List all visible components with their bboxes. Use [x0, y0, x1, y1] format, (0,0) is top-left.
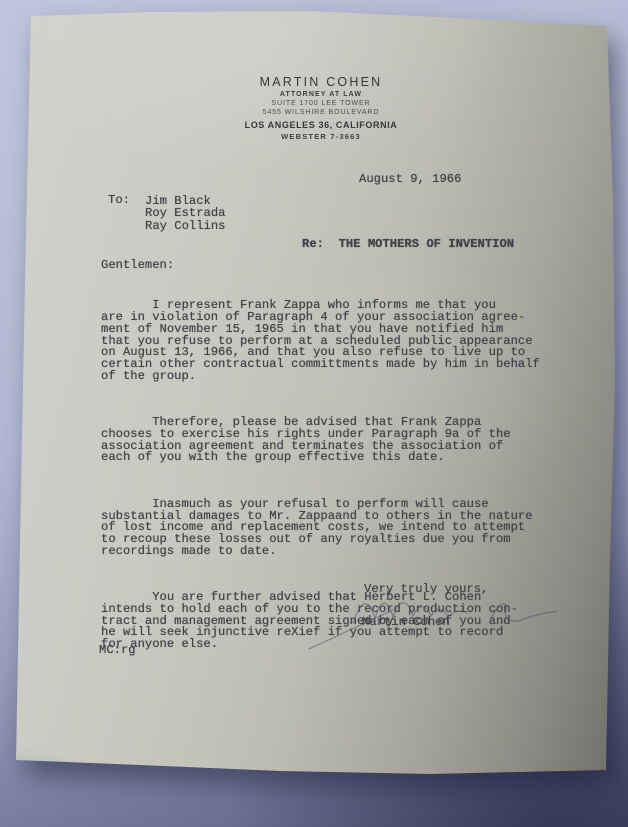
typist-initials: MC:rg — [99, 645, 136, 657]
signer-name: Martin Cohen — [362, 617, 450, 629]
photo-background: MARTIN COHEN ATTORNEY AT LAW SUITE 1700 … — [0, 0, 628, 827]
letterhead-address-line1: SUITE 1700 LEE TOWER — [171, 100, 471, 107]
letter-paragraph-3: Inasmuch as your refusal to perform will… — [101, 499, 540, 558]
letter-paragraph-1: I represent Frank Zappa who informs me t… — [101, 300, 540, 382]
letterhead-name: MARTIN COHEN — [171, 75, 471, 89]
subject-line: Re: THE MOTHERS OF INVENTION — [302, 239, 514, 251]
letterhead-phone: WEBSTER 7-3663 — [171, 132, 471, 141]
recipients-label: To: — [108, 195, 130, 207]
date-line: August 9, 1966 — [359, 174, 461, 186]
recipients-list: Jim Black Roy Estrada Ray Collins — [145, 195, 225, 232]
letterhead-address-line2: 5455 WILSHIRE BOULEVARD — [171, 109, 471, 116]
letterhead-title: ATTORNEY AT LAW — [171, 91, 471, 98]
letter-paper: MARTIN COHEN ATTORNEY AT LAW SUITE 1700 … — [0, 0, 628, 827]
salutation: Gentlemen: — [101, 260, 174, 272]
letterhead-address-line3: LOS ANGELES 36, CALIFORNIA — [171, 120, 471, 130]
paper-shadow-wrapper: MARTIN COHEN ATTORNEY AT LAW SUITE 1700 … — [0, 0, 628, 827]
letter-paragraph-2: Therefore, please be advised that Frank … — [101, 417, 540, 464]
